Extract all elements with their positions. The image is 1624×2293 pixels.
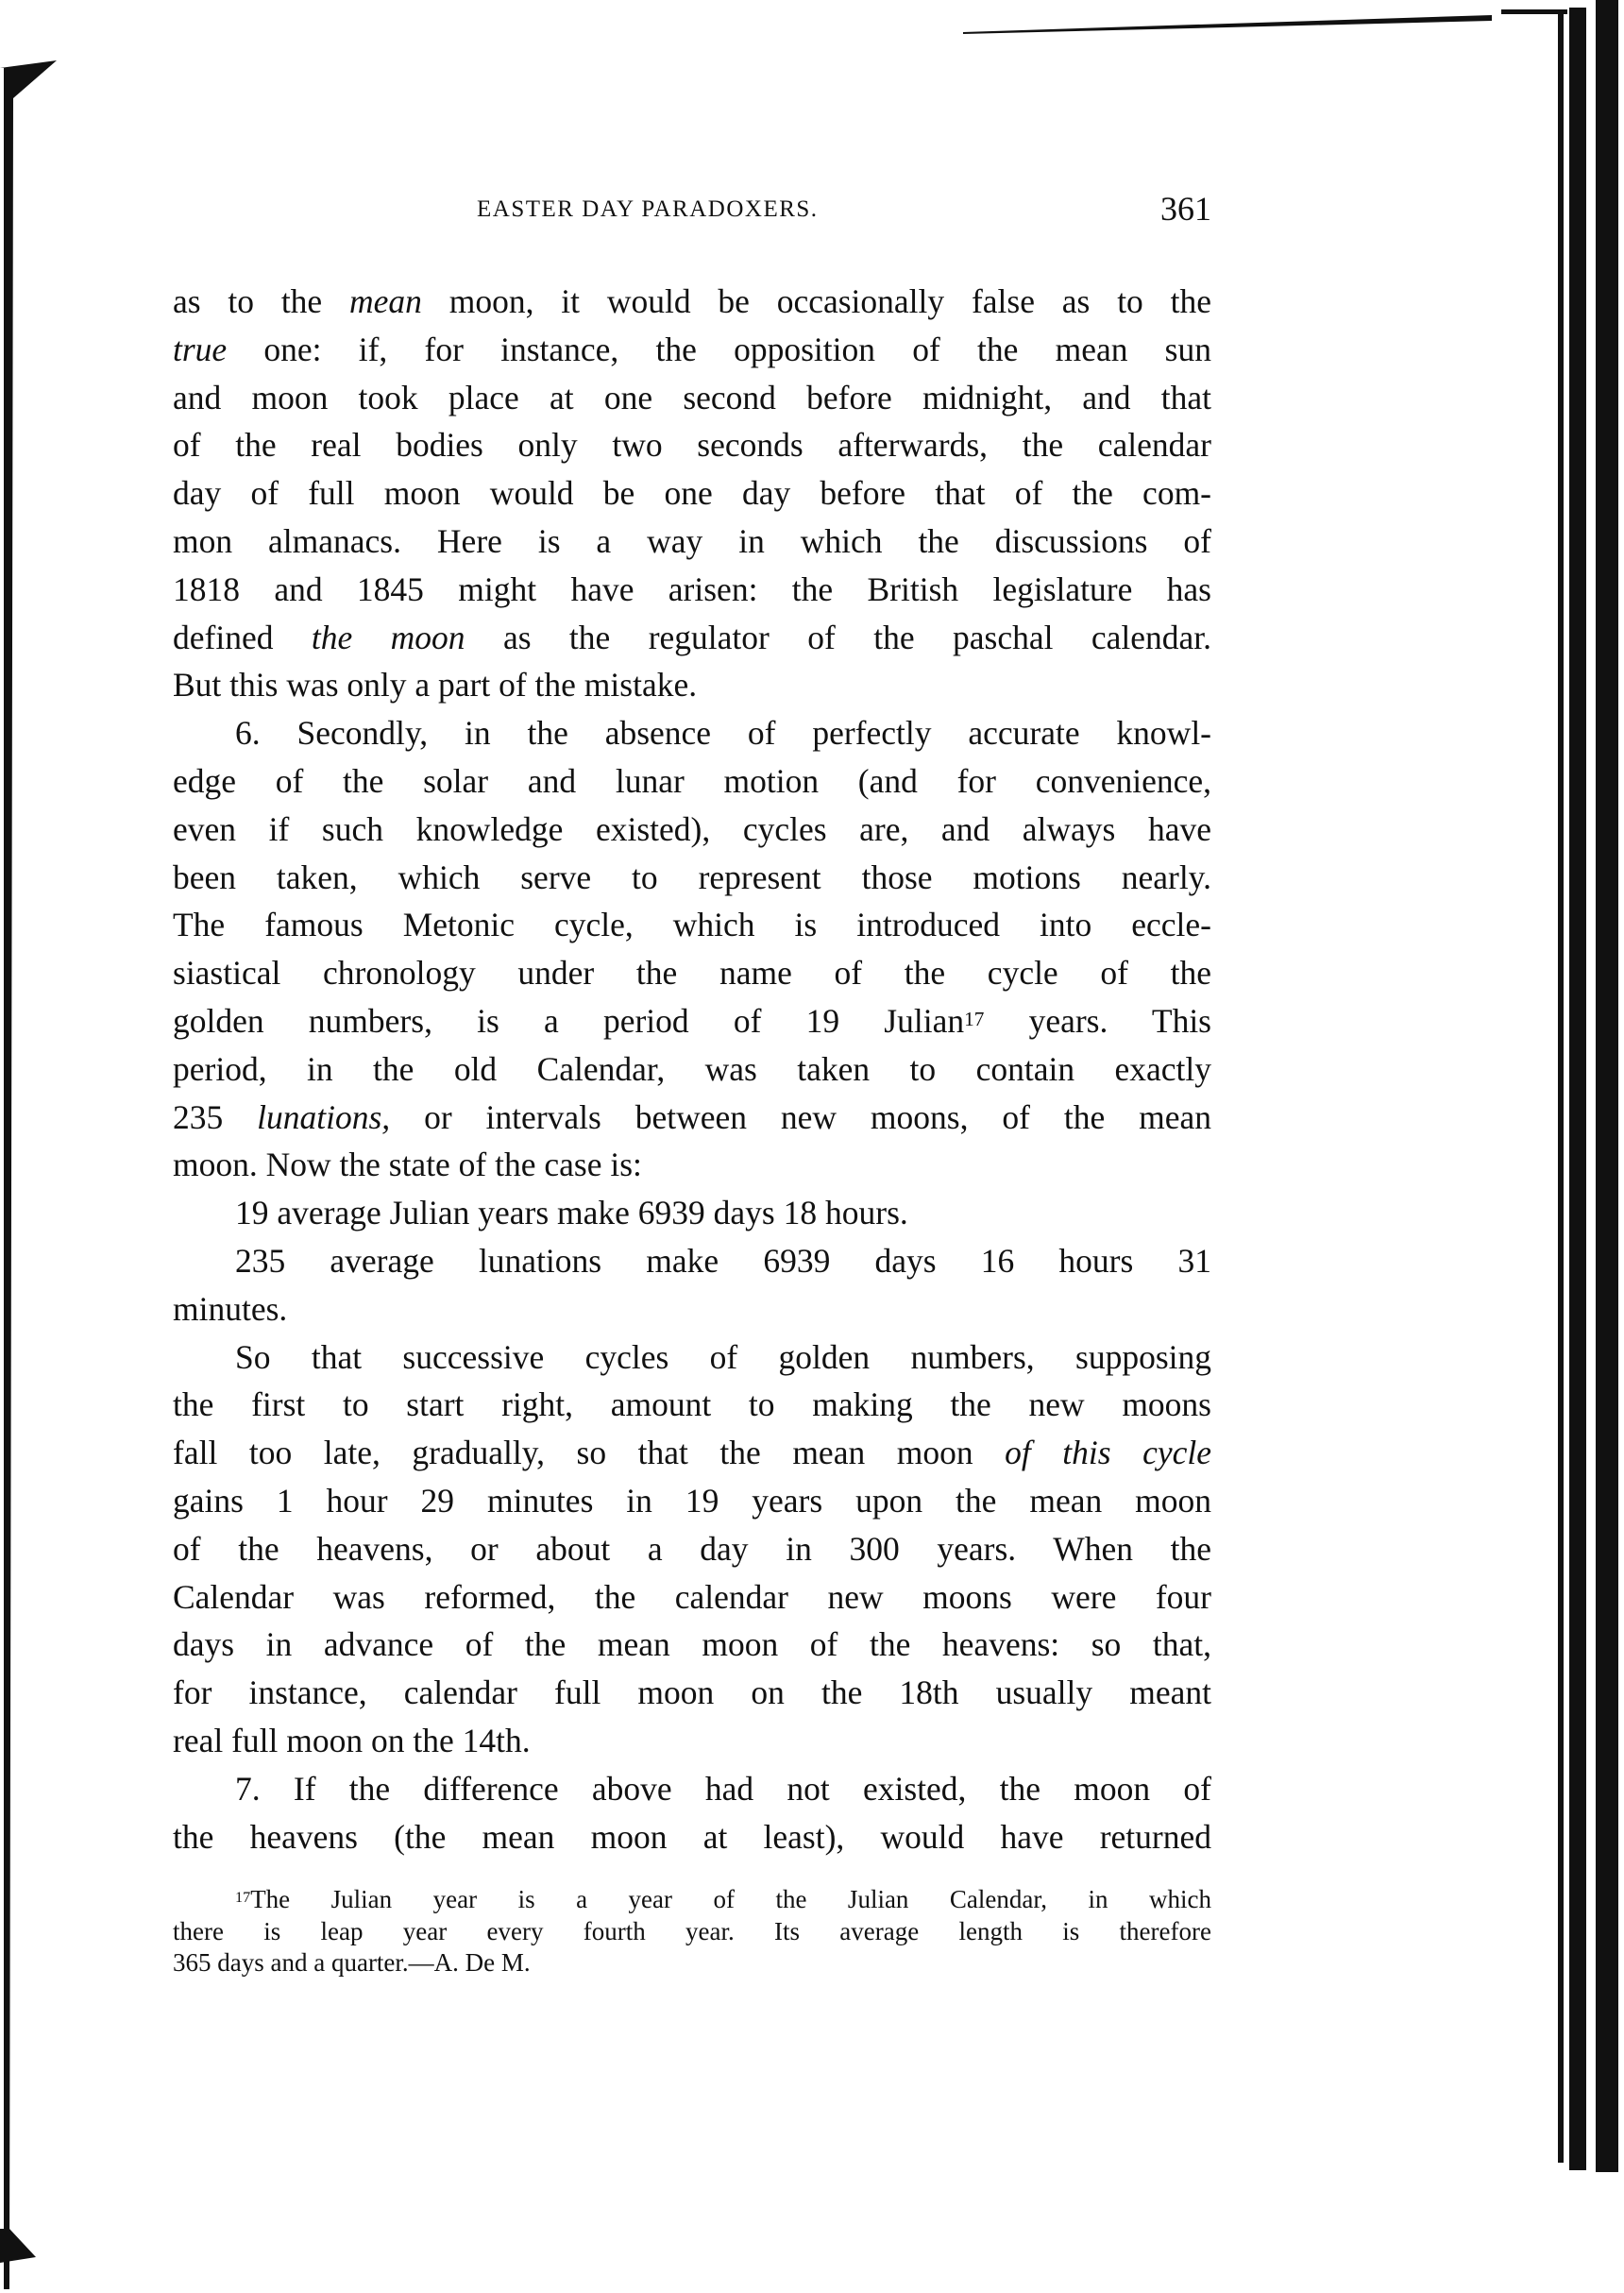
text-line: the heavens (the mean moon at least), wo… — [173, 1813, 1211, 1861]
text-line: defined the moon as the regulator of the… — [173, 614, 1211, 662]
text-line: of the real bodies only two seconds afte… — [173, 421, 1211, 469]
text-line: 1818 and 1845 might have arisen: the Bri… — [173, 566, 1211, 614]
text-line: moon. Now the state of the case is: — [173, 1141, 1211, 1189]
footnote-ref: 17 — [964, 1008, 984, 1030]
text-line: days in advance of the mean moon of the … — [173, 1621, 1211, 1669]
page-header: EASTER DAY PARADOXERS. 361 — [173, 189, 1211, 236]
text-line: minutes. — [173, 1285, 1211, 1333]
text-line: siastical chronology under the name of t… — [173, 949, 1211, 997]
text-line: 235 average lunations make 6939 days 16 … — [173, 1237, 1211, 1285]
text-line: as to the mean moon, it would be occasio… — [173, 278, 1211, 326]
text-line: fall too late, gradually, so that the me… — [173, 1429, 1211, 1477]
text-line: edge of the solar and lunar motion (and … — [173, 757, 1211, 806]
text-line: So that successive cycles of golden numb… — [173, 1333, 1211, 1382]
text-line: gains 1 hour 29 minutes in 19 years upon… — [173, 1477, 1211, 1525]
page-left-edge — [4, 60, 9, 2289]
footnote-line: 17The Julian year is a year of the Julia… — [173, 1884, 1211, 1916]
footnote: 17The Julian year is a year of the Julia… — [173, 1884, 1211, 1979]
text-line: true one: if, for instance, the oppositi… — [173, 326, 1211, 374]
running-title: EASTER DAY PARADOXERS. — [477, 196, 819, 223]
page-top-edge — [963, 13, 1492, 42]
text-line: Calendar was reformed, the calendar new … — [173, 1573, 1211, 1622]
footnote-line: there is leap year every fourth year. It… — [173, 1916, 1211, 1948]
text-line: and moon took place at one second before… — [173, 374, 1211, 422]
book-binding-edge — [1501, 0, 1624, 2172]
text-line: been taken, which serve to represent tho… — [173, 854, 1211, 902]
text-line: mon almanacs. Here is a way in which the… — [173, 518, 1211, 566]
footnote-marker: 17 — [235, 1889, 250, 1906]
text-line: real full moon on the 14th. — [173, 1717, 1211, 1765]
paragraph-6-start: 6. Secondly, in the absence of perfectly… — [173, 709, 1211, 757]
text-line: The famous Metonic cycle, which is intro… — [173, 901, 1211, 949]
page-number: 361 — [1160, 189, 1211, 229]
text-line: for instance, calendar full moon on the … — [173, 1669, 1211, 1717]
body-text: as to the mean moon, it would be occasio… — [173, 278, 1211, 1860]
paragraph-7-start: 7. If the difference above had not exist… — [173, 1765, 1211, 1813]
text-line: even if such knowledge existed), cycles … — [173, 806, 1211, 854]
text-line: of the heavens, or about a day in 300 ye… — [173, 1525, 1211, 1573]
page-corner-mark — [0, 2229, 38, 2267]
footnote-line: 365 days and a quarter.—A. De M. — [173, 1947, 1211, 1979]
text-line: 235 lunations, or intervals between new … — [173, 1094, 1211, 1142]
text-line: But this was only a part of the mistake. — [173, 661, 1211, 709]
text-line: golden numbers, is a period of 19 Julian… — [173, 997, 1211, 1045]
text-line: the first to start right, amount to maki… — [173, 1381, 1211, 1429]
text-line: period, in the old Calendar, was taken t… — [173, 1045, 1211, 1094]
text-line: 19 average Julian years make 6939 days 1… — [173, 1189, 1211, 1237]
text-line: day of full moon would be one day before… — [173, 469, 1211, 518]
